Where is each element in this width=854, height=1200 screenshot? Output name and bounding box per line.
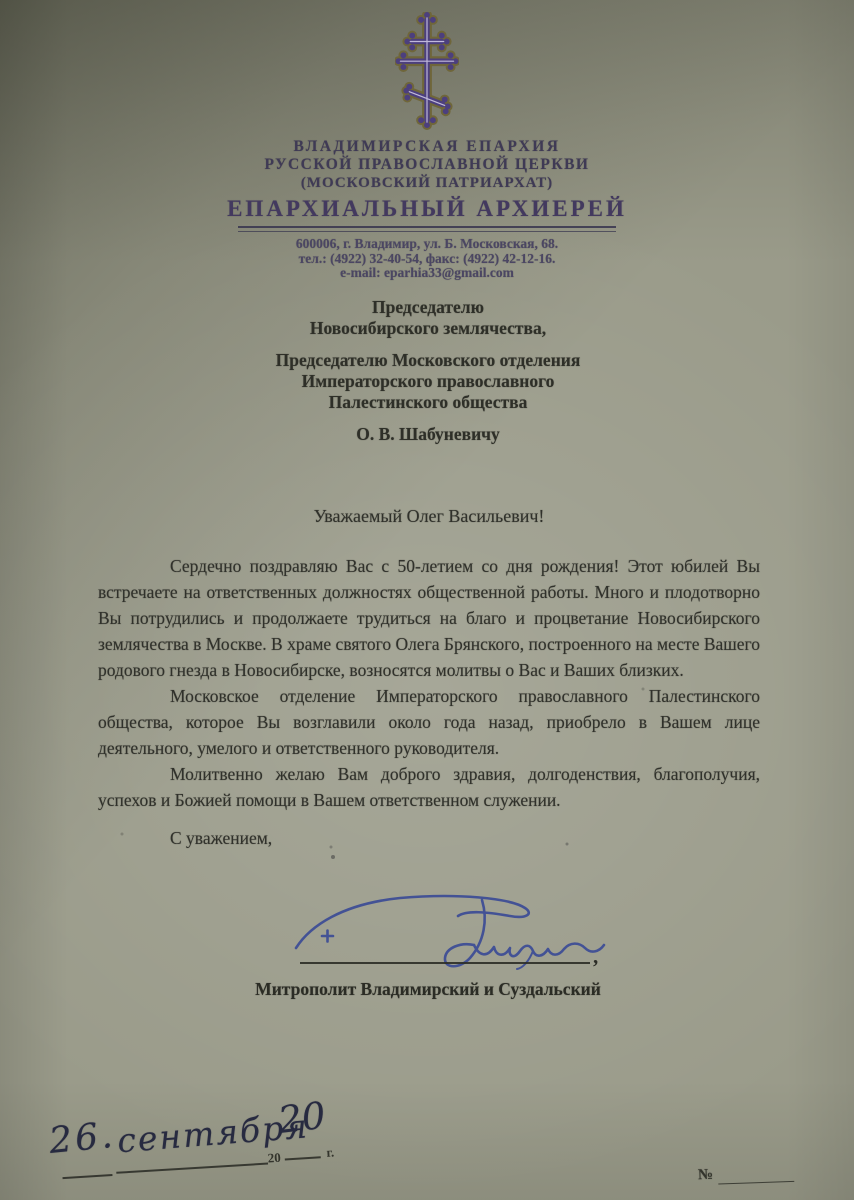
letterhead-email: e-mail: eparhia33@gmail.com <box>0 266 854 281</box>
signer-title: Митрополит Владимирский и Суздальский <box>98 979 758 1000</box>
printed-century: 20 <box>267 1150 281 1167</box>
handwritten-year: 20 <box>276 1094 328 1142</box>
addressee-line: Председателю Московского отделения <box>98 350 758 371</box>
orthodox-cross-icon <box>395 12 459 130</box>
addressee-name: О. В. Шабуневичу <box>98 424 758 445</box>
signature-cross-mark <box>322 931 333 942</box>
addressee-line: Новосибирского землячества, <box>98 318 758 339</box>
spacer <box>98 339 758 350</box>
signature-underline <box>300 962 590 964</box>
number-label: № <box>698 1167 714 1184</box>
date-block: 20 г. 26. сентября 20 <box>24 1093 428 1200</box>
body-paragraph: Московское отделение Императорского прав… <box>98 683 760 761</box>
letter-body: Уважаемый Олег Васильевич! Сердечно позд… <box>98 505 760 849</box>
signature-comma: , <box>593 944 598 969</box>
closing-phrase: С уважением, <box>98 827 760 849</box>
letterhead: ВЛАДИМИРСКАЯ ЕПАРХИЯ РУССКОЙ ПРАВОСЛАВНО… <box>0 0 854 281</box>
number-field: № <box>698 1166 714 1185</box>
org-name-line2: РУССКОЙ ПРАВОСЛАВНОЙ ЦЕРКВИ <box>0 156 854 174</box>
addressee-block: Председателю Новосибирского землячества,… <box>98 297 758 445</box>
letterhead-phone-fax: тел.: (4922) 32-40-54, факс: (4922) 42-1… <box>0 252 854 267</box>
scanned-letter-page: ВЛАДИМИРСКАЯ ЕПАРХИЯ РУССКОЙ ПРАВОСЛАВНО… <box>0 0 854 1200</box>
handwritten-signature <box>282 886 612 978</box>
body-paragraph: Молитвенно желаю Вам доброго здравия, до… <box>98 761 760 813</box>
printed-year-suffix: г. <box>326 1144 335 1160</box>
handwritten-day: 26. <box>47 1115 117 1162</box>
number-underline <box>718 1181 794 1185</box>
org-name-line1: ВЛАДИМИРСКАЯ ЕПАРХИЯ <box>0 138 854 156</box>
spacer <box>98 413 758 424</box>
letterhead-divider <box>238 226 616 232</box>
cross-emblem-wrap <box>0 12 854 132</box>
letterhead-address: 600006, г. Владимир, ул. Б. Московская, … <box>0 237 854 252</box>
salutation: Уважаемый Олег Васильевич! <box>98 505 760 527</box>
addressee-line: Императорского православного <box>98 371 758 392</box>
addressee-line: Палестинского общества <box>98 392 758 413</box>
addressee-line: Председателю <box>98 297 758 318</box>
body-paragraph: Сердечно поздравляю Вас с 50-летием со д… <box>98 553 760 683</box>
org-name-line3: (МОСКОВСКИЙ ПАТРИАРХАТ) <box>0 174 854 192</box>
letterhead-title: ЕПАРХИАЛЬНЫЙ АРХИЕРЕЙ <box>0 195 854 222</box>
